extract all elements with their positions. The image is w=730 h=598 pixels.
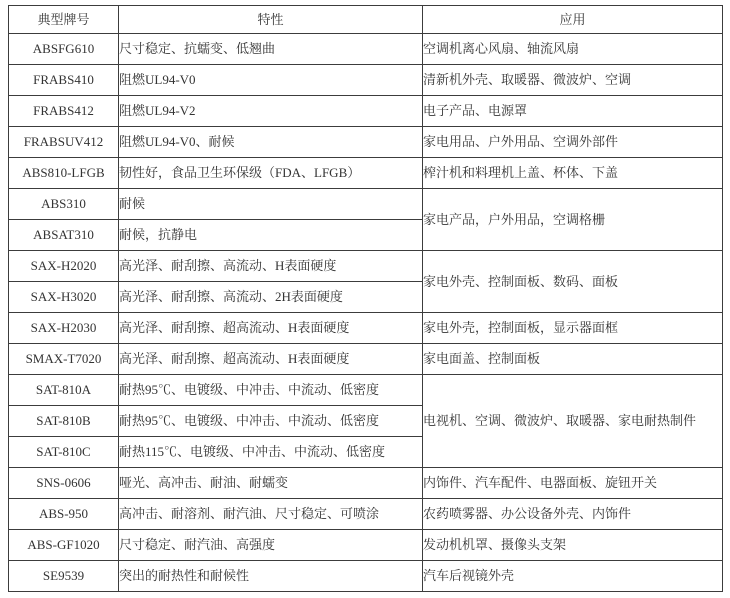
table-row: SE9539 突出的耐热性和耐候性 汽车后视镜外壳: [9, 561, 723, 592]
table-row: SMAX-T7020 高光泽、耐刮擦、超高流动、H表面硬度 家电面盖、控制面板: [9, 344, 723, 375]
grade-cell: ABS310: [9, 189, 119, 220]
table-row: FRABS410 阻燃UL94-V0 清新机外壳、取暖器、微波炉、空调: [9, 65, 723, 96]
header-grade: 典型牌号: [9, 6, 119, 34]
grade-cell: SAT-810C: [9, 437, 119, 468]
feature-cell: 尺寸稳定、抗蠕变、低翘曲: [119, 34, 423, 65]
grade-cell: FRABS412: [9, 96, 119, 127]
grade-cell: ABSFG610: [9, 34, 119, 65]
feature-cell: 阻燃UL94-V0: [119, 65, 423, 96]
table-row: ABS-GF1020 尺寸稳定、耐汽油、高强度 发动机机罩、摄像头支架: [9, 530, 723, 561]
grade-cell: SNS-0606: [9, 468, 119, 499]
table-header-row: 典型牌号 特性 应用: [9, 6, 723, 34]
application-cell: 家电面盖、控制面板: [423, 344, 723, 375]
application-cell: 家电外壳，控制面板，显示器面框: [423, 313, 723, 344]
grade-cell: FRABSUV412: [9, 127, 119, 158]
feature-cell: 耐热95℃、电镀级、中冲击、中流动、低密度: [119, 406, 423, 437]
application-cell: 家电用品、户外用品、空调外部件: [423, 127, 723, 158]
feature-cell: 突出的耐热性和耐候性: [119, 561, 423, 592]
table-row: FRABS412 阻燃UL94-V2 电子产品、电源罩: [9, 96, 723, 127]
table-row: SAX-H2030 高光泽、耐刮擦、超高流动、H表面硬度 家电外壳，控制面板，显…: [9, 313, 723, 344]
grade-cell: SAT-810B: [9, 406, 119, 437]
page: 典型牌号 特性 应用 ABSFG610 尺寸稳定、抗蠕变、低翘曲 空调机离心风扇…: [0, 0, 730, 598]
application-cell: 发动机机罩、摄像头支架: [423, 530, 723, 561]
application-cell-merged: 家电产品，户外用品，空调格栅: [423, 189, 723, 251]
feature-cell: 阻燃UL94-V0、耐候: [119, 127, 423, 158]
table-row: SNS-0606 哑光、高冲击、耐油、耐蠕变 内饰件、汽车配件、电器面板、旋钮开…: [9, 468, 723, 499]
application-cell: 农药喷雾器、办公设备外壳、内饰件: [423, 499, 723, 530]
grade-cell: SMAX-T7020: [9, 344, 119, 375]
application-cell-merged: 电视机、空调、微波炉、取暖器、家电耐热制件: [423, 375, 723, 468]
application-cell: 空调机离心风扇、轴流风扇: [423, 34, 723, 65]
product-grades-table: 典型牌号 特性 应用 ABSFG610 尺寸稳定、抗蠕变、低翘曲 空调机离心风扇…: [8, 5, 723, 592]
grade-cell: SAX-H2030: [9, 313, 119, 344]
table-row: SAX-H2020 高光泽、耐刮擦、高流动、H表面硬度 家电外壳、控制面板、数码…: [9, 251, 723, 282]
grade-cell: SE9539: [9, 561, 119, 592]
feature-cell: 高光泽、耐刮擦、超高流动、H表面硬度: [119, 313, 423, 344]
feature-cell: 耐热95℃、电镀级、中冲击、中流动、低密度: [119, 375, 423, 406]
table-row: ABS-950 高冲击、耐溶剂、耐汽油、尺寸稳定、可喷涂 农药喷雾器、办公设备外…: [9, 499, 723, 530]
application-cell: 汽车后视镜外壳: [423, 561, 723, 592]
application-cell: 清新机外壳、取暖器、微波炉、空调: [423, 65, 723, 96]
grade-cell: ABS-GF1020: [9, 530, 119, 561]
grade-cell: FRABS410: [9, 65, 119, 96]
header-feature: 特性: [119, 6, 423, 34]
application-cell: 榨汁机和料理机上盖、杯体、下盖: [423, 158, 723, 189]
grade-cell: SAX-H2020: [9, 251, 119, 282]
feature-cell: 耐候: [119, 189, 423, 220]
feature-cell: 高冲击、耐溶剂、耐汽油、尺寸稳定、可喷涂: [119, 499, 423, 530]
grade-cell: ABS-950: [9, 499, 119, 530]
feature-cell: 阻燃UL94-V2: [119, 96, 423, 127]
feature-cell: 耐热115℃、电镀级、中冲击、中流动、低密度: [119, 437, 423, 468]
feature-cell: 高光泽、耐刮擦、高流动、H表面硬度: [119, 251, 423, 282]
application-cell: 内饰件、汽车配件、电器面板、旋钮开关: [423, 468, 723, 499]
table-row: ABS810-LFGB 韧性好，食品卫生环保级（FDA、LFGB） 榨汁机和料理…: [9, 158, 723, 189]
application-cell: 电子产品、电源罩: [423, 96, 723, 127]
feature-cell: 哑光、高冲击、耐油、耐蠕变: [119, 468, 423, 499]
feature-cell: 高光泽、耐刮擦、超高流动、H表面硬度: [119, 344, 423, 375]
feature-cell: 耐候，抗静电: [119, 220, 423, 251]
table-row: ABS310 耐候 家电产品，户外用品，空调格栅: [9, 189, 723, 220]
grade-cell: ABSAT310: [9, 220, 119, 251]
table-row: SAT-810A 耐热95℃、电镀级、中冲击、中流动、低密度 电视机、空调、微波…: [9, 375, 723, 406]
feature-cell: 韧性好，食品卫生环保级（FDA、LFGB）: [119, 158, 423, 189]
grade-cell: SAX-H3020: [9, 282, 119, 313]
grade-cell: SAT-810A: [9, 375, 119, 406]
table-row: ABSFG610 尺寸稳定、抗蠕变、低翘曲 空调机离心风扇、轴流风扇: [9, 34, 723, 65]
grade-cell: ABS810-LFGB: [9, 158, 119, 189]
header-application: 应用: [423, 6, 723, 34]
application-cell-merged: 家电外壳、控制面板、数码、面板: [423, 251, 723, 313]
feature-cell: 尺寸稳定、耐汽油、高强度: [119, 530, 423, 561]
feature-cell: 高光泽、耐刮擦、高流动、2H表面硬度: [119, 282, 423, 313]
table-row: FRABSUV412 阻燃UL94-V0、耐候 家电用品、户外用品、空调外部件: [9, 127, 723, 158]
